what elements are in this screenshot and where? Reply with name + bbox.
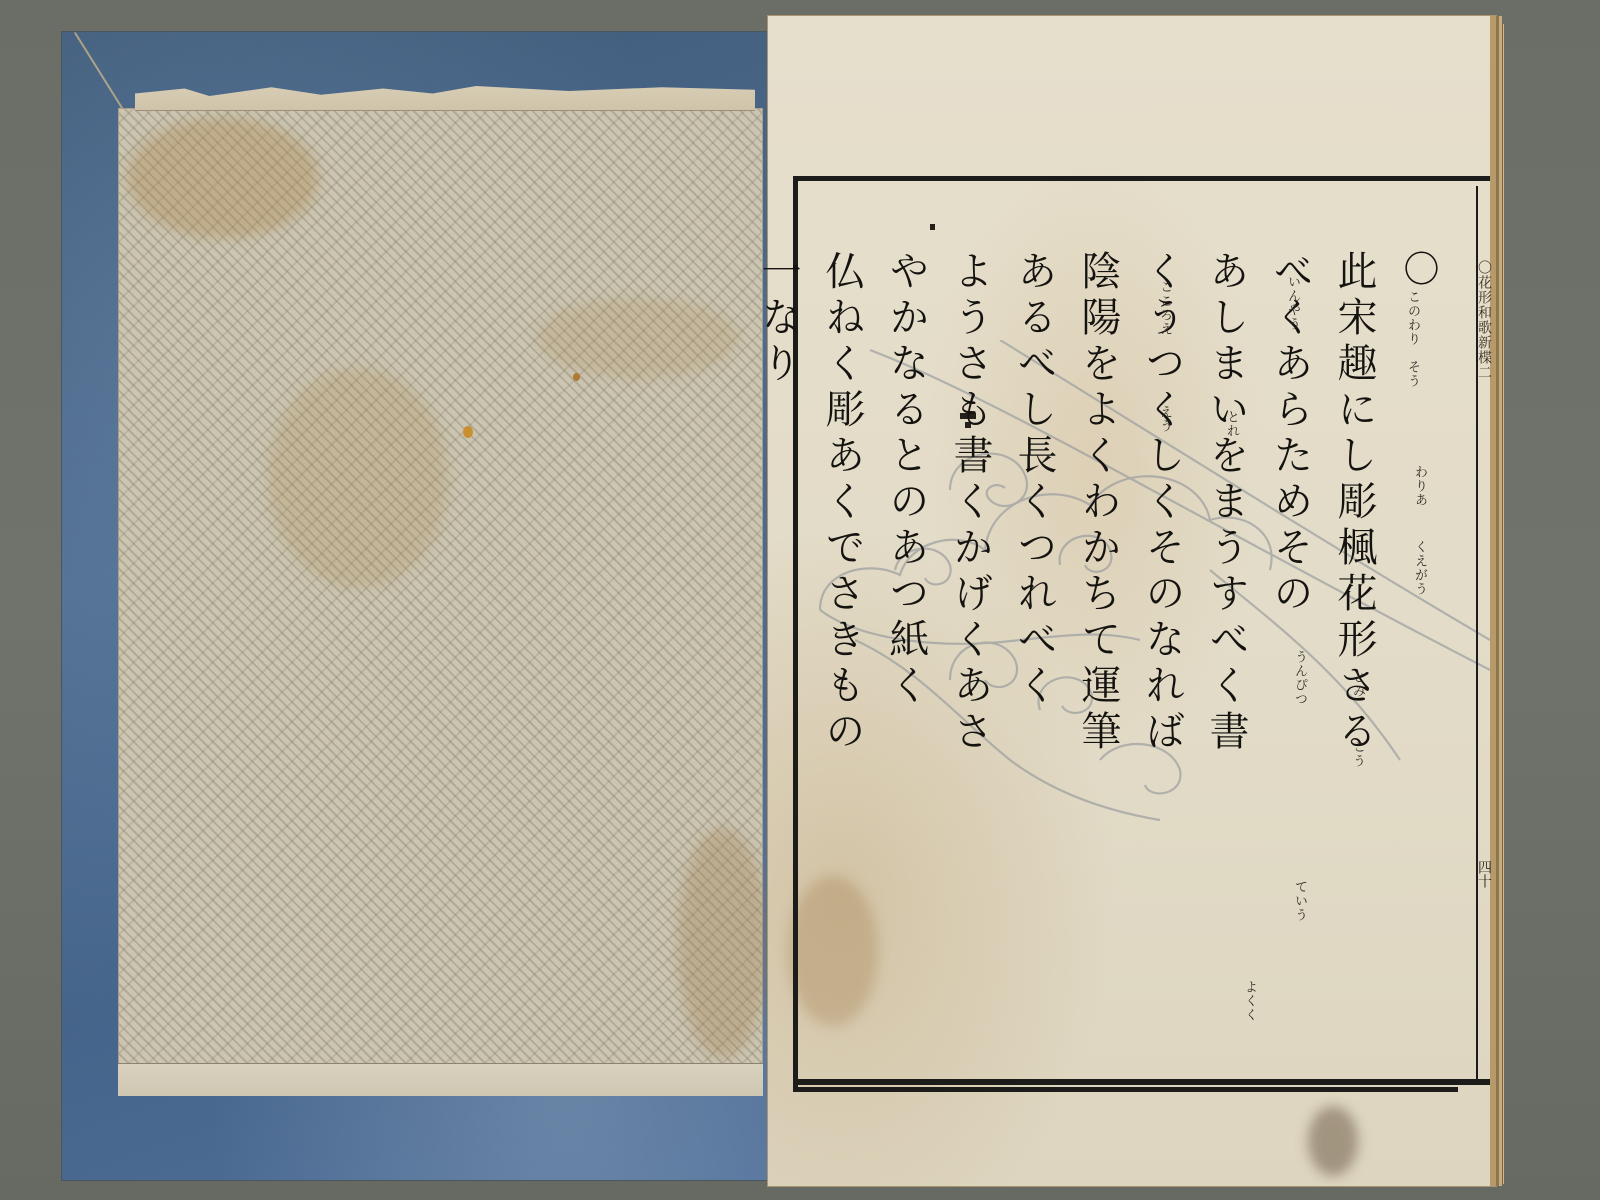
water-stain: [128, 118, 318, 238]
frame-bottom-rule: [793, 1079, 1490, 1085]
furigana: とみ: [1348, 670, 1367, 698]
patterned-endpaper: [118, 108, 763, 1064]
furigana: わりあ: [1410, 465, 1429, 507]
text-column-4: 陰陽をよくわかちて運筆あるべし長くつれべく: [1002, 250, 1130, 770]
frame-top-rule: [793, 176, 1490, 181]
hashira-title: 〇花形和歌新楪二: [1478, 260, 1494, 520]
water-stain: [678, 828, 768, 1058]
cover-turn-in-bottom: [118, 1063, 763, 1096]
foxing-spot: [573, 373, 580, 381]
text-column-3: あしまいをまうすべく書くうつくしくそのなれば: [1130, 250, 1258, 770]
furigana: こころえ: [1155, 280, 1174, 336]
furigana: とれ: [1222, 410, 1241, 438]
furigana: くえがう: [1410, 540, 1429, 596]
furigana: こう: [1348, 740, 1367, 768]
text-column-5: ようさも書くかげくあさやかなるとのあつ紙く: [874, 250, 1002, 770]
furigana: うんぴつ: [1290, 650, 1309, 706]
water-stain: [538, 298, 738, 378]
furigana: このわり: [1403, 290, 1422, 346]
furigana: そう: [1403, 360, 1422, 388]
water-stain: [268, 368, 448, 588]
folio-number: 四十: [1478, 860, 1494, 920]
furigana: ていう: [1290, 880, 1309, 922]
foxing-spot: [463, 426, 473, 438]
worm-damage-stain: [1308, 1106, 1358, 1176]
main-text-block: 〇 此宋趣にし彫楓花形さるべくあらためその あしまいをまうすべく書くうつくしくそ…: [1090, 250, 1450, 770]
furigana: いんやう: [1283, 275, 1302, 331]
ink-speck: [930, 224, 935, 230]
furigana: よくく: [1240, 980, 1259, 1022]
text-column-6: 仏ねく彫あくでさきもの一なり: [746, 250, 874, 770]
furigana: えう: [1155, 405, 1174, 433]
